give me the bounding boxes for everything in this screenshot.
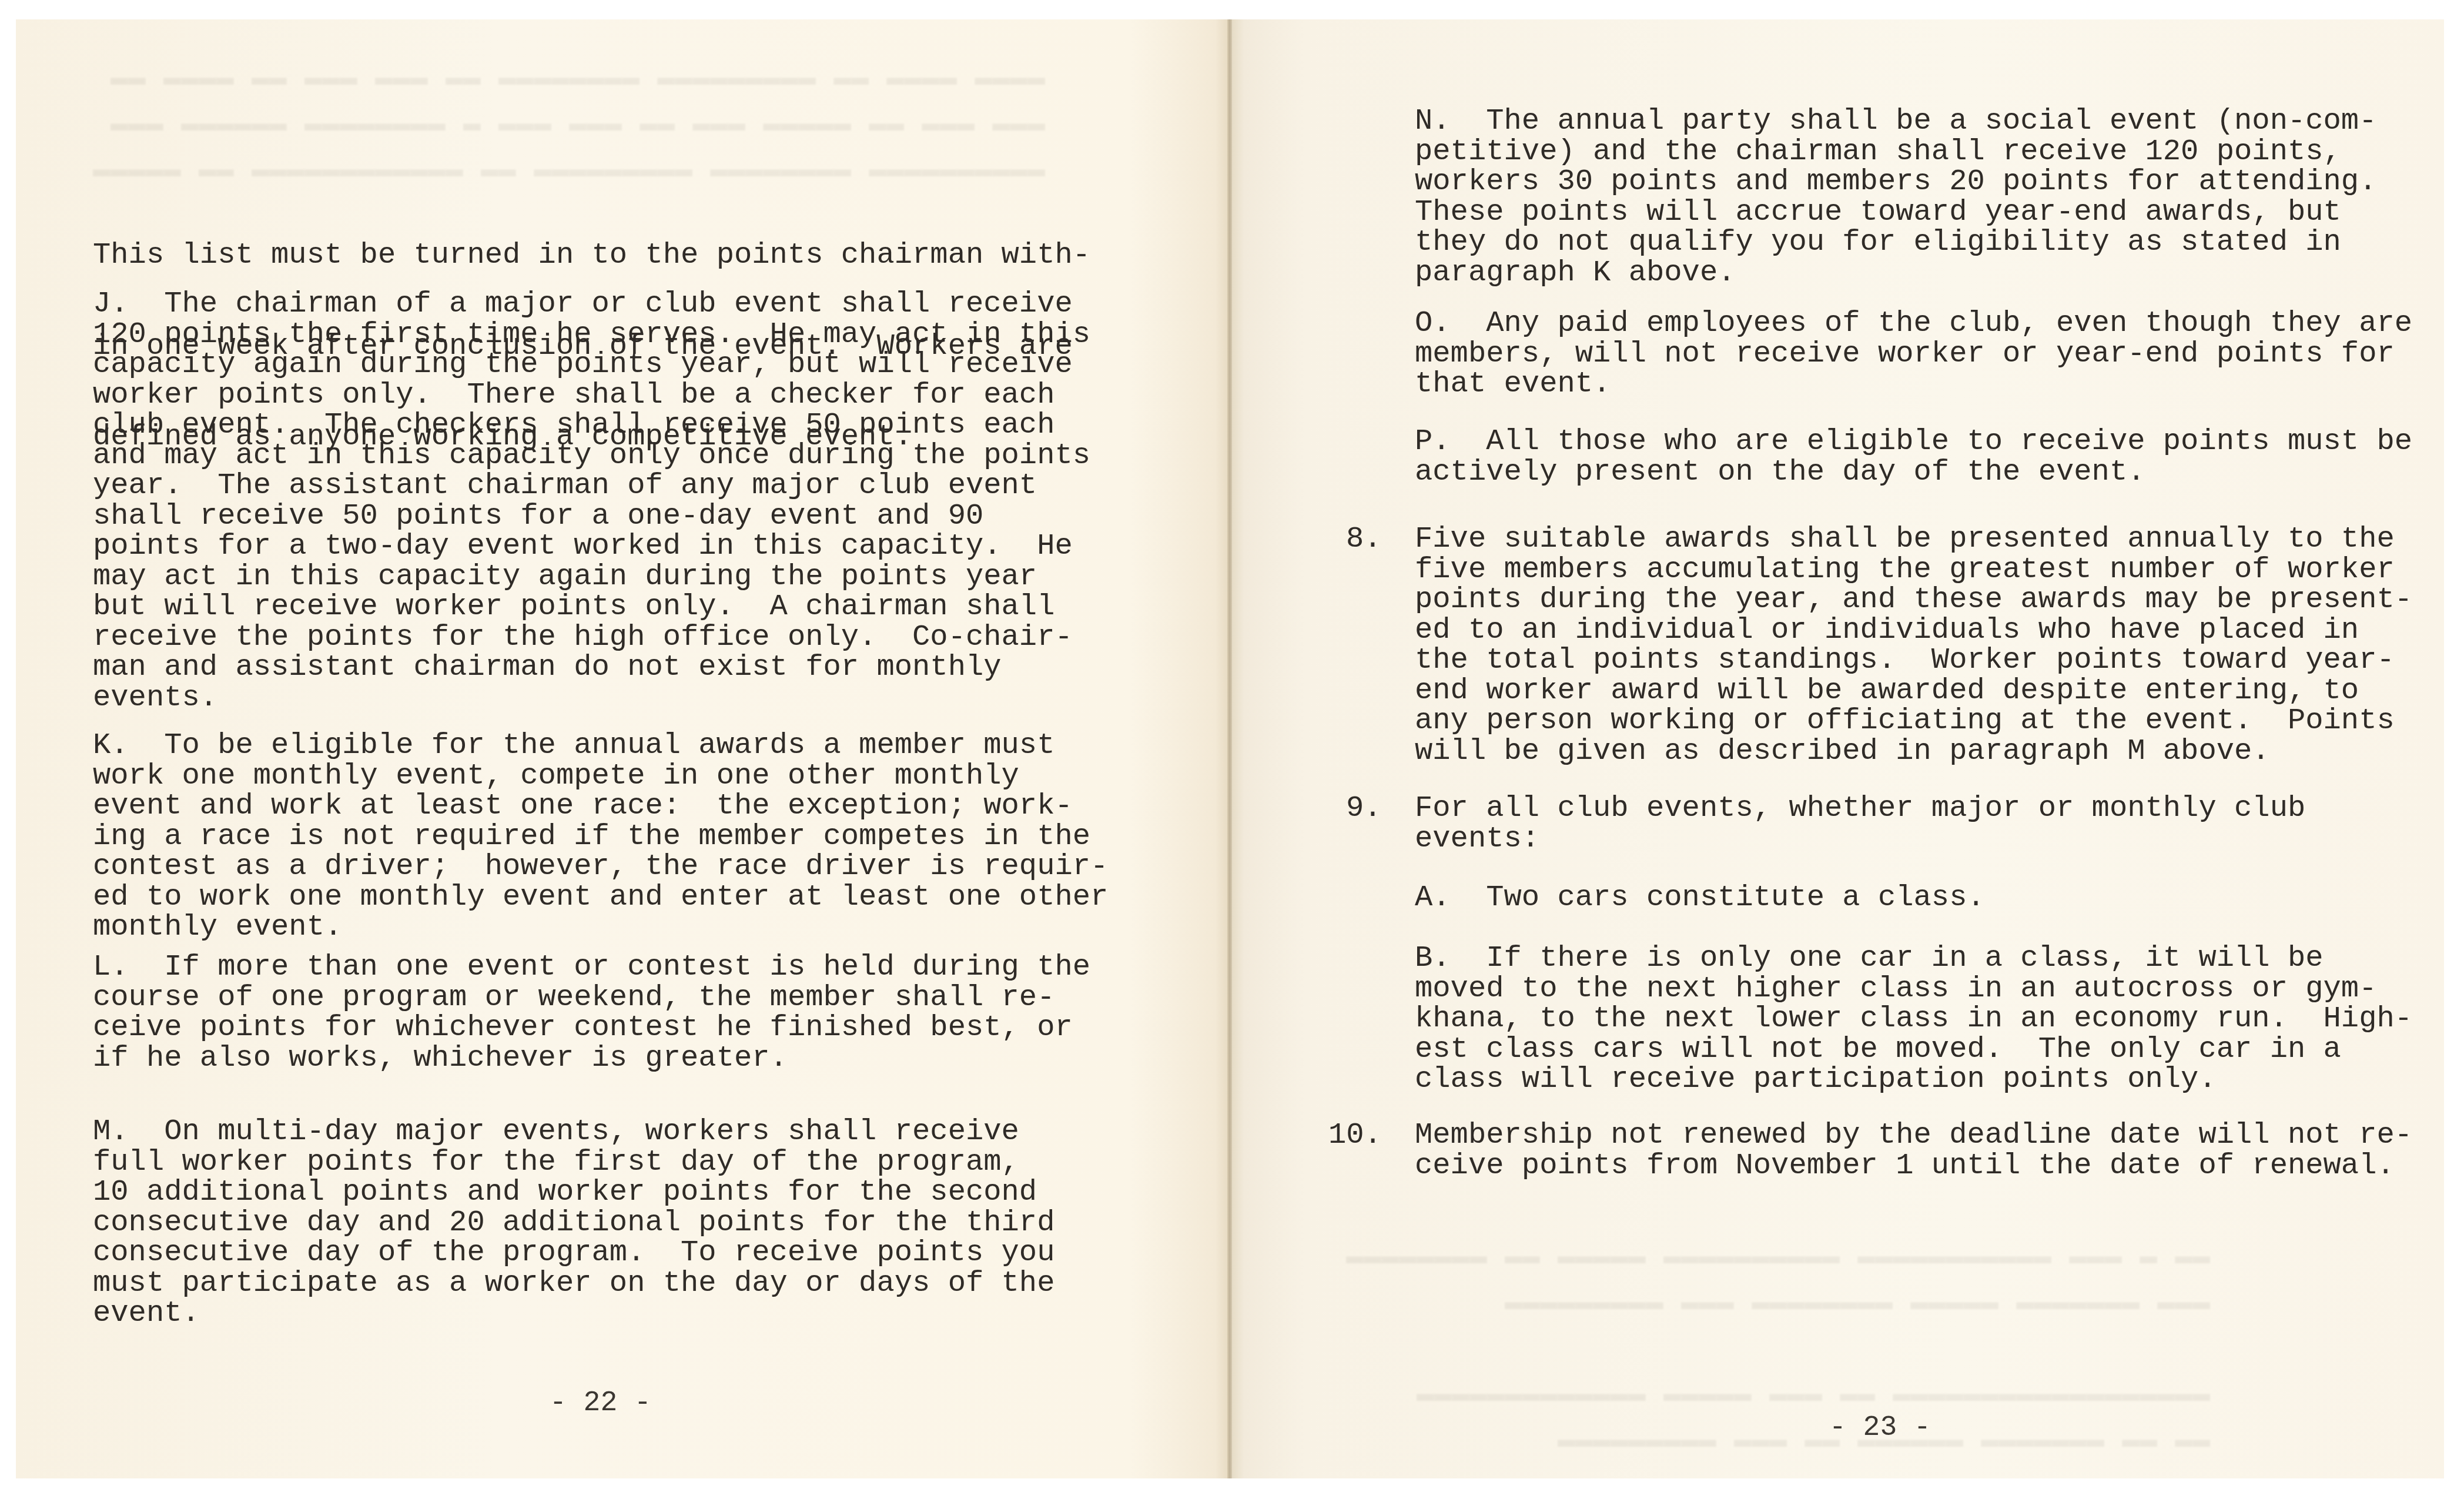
paragraph-9A: A. Two cars constitute a class.: [1415, 883, 1985, 914]
text-line: paragraph K above.: [1415, 258, 2376, 289]
text-line: members, will not receive worker or year…: [1415, 339, 2412, 370]
text-line: contest as a driver; however, the race d…: [93, 852, 1108, 882]
text-line: they do not qualify you for eligibility …: [1415, 227, 2376, 258]
text-line: K. To be eligible for the annual awards …: [93, 731, 1108, 761]
right-page-text: N. The annual party shall be a social ev…: [0, 0, 36, 484]
text-line: man and assistant chairman do not exist …: [93, 653, 1090, 683]
paragraph-J: J. The chairman of a major or club event…: [93, 289, 1090, 713]
text-line: P. All those who are eligible to receive…: [1415, 427, 2412, 457]
text-line: shall receive 50 points for a one-day ev…: [93, 501, 1090, 532]
paragraph-8: Five suitable awards shall be presented …: [1415, 524, 2412, 767]
paragraph-N: N. The annual party shall be a social ev…: [1415, 106, 2376, 288]
text-line: club event. The checkers shall receive 5…: [93, 410, 1090, 441]
text-line: class will receive participation points …: [1415, 1065, 2412, 1095]
text-line: ceive points from November 1 until the d…: [1415, 1151, 2412, 1182]
text-line: worker points only. There shall be a che…: [93, 380, 1090, 411]
text-line: workers 30 points and members 20 points …: [1415, 167, 2376, 198]
text-line: petitive) and the chairman shall receive…: [1415, 137, 2376, 168]
item-marker-9: 9.: [1346, 794, 1382, 824]
text-line: any person working or officiating at the…: [1415, 706, 2412, 737]
paragraph-9B: B. If there is only one car in a class, …: [1415, 943, 2412, 1095]
bleed-through-right: ▬▬ ▬ ▬▬▬ ▬▬▬▬▬▬▬▬▬▬▬ ▬▬▬▬▬▬▬▬▬▬ ▬▬▬▬▬ ▬▬…: [1346, 1234, 2210, 1464]
text-line: A. Two cars constitute a class.: [1415, 883, 1985, 914]
text-line: For all club events, whether major or mo…: [1415, 794, 2305, 824]
text-line: capacity again during the points year, b…: [93, 350, 1090, 380]
text-line: monthly event.: [93, 912, 1108, 943]
text-line: points during the year, and these awards…: [1415, 585, 2412, 615]
text-line: 10 additional points and worker points f…: [93, 1177, 1054, 1208]
text-line: khana, to the next lower class in an eco…: [1415, 1004, 2412, 1035]
text-line: 120 points the first time he serves. He …: [93, 320, 1090, 350]
text-line: consecutive day of the program. To recei…: [93, 1238, 1054, 1269]
text-line: course of one program or weekend, the me…: [93, 983, 1090, 1013]
text-line: receive the points for the high office o…: [93, 623, 1090, 653]
text-line: ed to work one monthly event and enter a…: [93, 882, 1108, 913]
page-number-right: - 23 -: [1829, 1413, 1931, 1443]
text-line: end worker award will be awarded despite…: [1415, 676, 2412, 707]
text-line: ing a race is not required if the member…: [93, 822, 1108, 852]
paragraph-P: P. All those who are eligible to receive…: [1415, 427, 2412, 487]
text-line: if he also works, whichever is greater.: [93, 1043, 1090, 1074]
text-line: N. The annual party shall be a social ev…: [1415, 106, 2376, 137]
text-line: This list must be turned in to the point…: [93, 240, 1090, 271]
text-line: ed to an individual or individuals who h…: [1415, 615, 2412, 646]
text-line: will be given as described in paragraph …: [1415, 737, 2412, 767]
text-line: events.: [93, 683, 1090, 714]
text-line: O. Any paid employees of the club, even …: [1415, 309, 2412, 339]
item-marker-8: 8.: [1346, 524, 1382, 555]
text-line: year. The assistant chairman of any majo…: [93, 471, 1090, 501]
paragraph-10: Membership not renewed by the deadline d…: [1415, 1120, 2412, 1181]
item-marker-10: 10.: [1328, 1120, 1382, 1151]
text-line: L. If more than one event or contest is …: [93, 952, 1090, 983]
paragraph-9: For all club events, whether major or mo…: [1415, 794, 2305, 854]
text-line: must participate as a worker on the day …: [93, 1269, 1054, 1299]
text-line: full worker points for the first day of …: [93, 1147, 1054, 1178]
paragraph-O: O. Any paid employees of the club, even …: [1415, 309, 2412, 400]
text-line: actively present on the day of the event…: [1415, 457, 2412, 488]
text-line: may act in this capacity again during th…: [93, 562, 1090, 593]
text-line: moved to the next higher class in an aut…: [1415, 974, 2412, 1005]
text-line: ceive points for whichever contest he fi…: [93, 1013, 1090, 1043]
text-line: est class cars will not be moved. The on…: [1415, 1035, 2412, 1065]
text-line: M. On multi-day major events, workers sh…: [93, 1117, 1054, 1147]
text-line: B. If there is only one car in a class, …: [1415, 943, 2412, 974]
text-line: event.: [93, 1299, 1054, 1329]
text-line: Five suitable awards shall be presented …: [1415, 524, 2412, 555]
text-line: work one monthly event, compete in one o…: [93, 761, 1108, 792]
text-line: event and work at least one race: the ex…: [93, 791, 1108, 822]
text-line: consecutive day and 20 additional points…: [93, 1208, 1054, 1239]
text-line: that event.: [1415, 369, 2412, 400]
text-line: five members accumulating the greatest n…: [1415, 555, 2412, 585]
text-line: Membership not renewed by the deadline d…: [1415, 1120, 2412, 1151]
text-line: points for a two-day event worked in thi…: [93, 531, 1090, 562]
text-line: but will receive worker points only. A c…: [93, 592, 1090, 623]
book-spine: [1227, 19, 1232, 1478]
paragraph-M: M. On multi-day major events, workers sh…: [93, 1117, 1054, 1329]
bleed-through-left: ▬▬▬▬ ▬▬▬▬ ▬▬ ▬▬▬▬▬▬▬▬▬ ▬▬▬▬▬▬▬▬ ▬▬ ▬▬▬ ▬…: [93, 56, 1045, 193]
text-line: These points will accrue toward year-end…: [1415, 198, 2376, 228]
paragraph-L: L. If more than one event or contest is …: [93, 952, 1090, 1073]
text-line: J. The chairman of a major or club event…: [93, 289, 1090, 320]
text-line: and may act in this capacity only once d…: [93, 441, 1090, 471]
page-number-left: - 22 -: [550, 1388, 651, 1418]
paragraph-K: K. To be eligible for the annual awards …: [93, 731, 1108, 943]
text-line: the total points standings. Worker point…: [1415, 645, 2412, 676]
text-line: events:: [1415, 824, 2305, 855]
